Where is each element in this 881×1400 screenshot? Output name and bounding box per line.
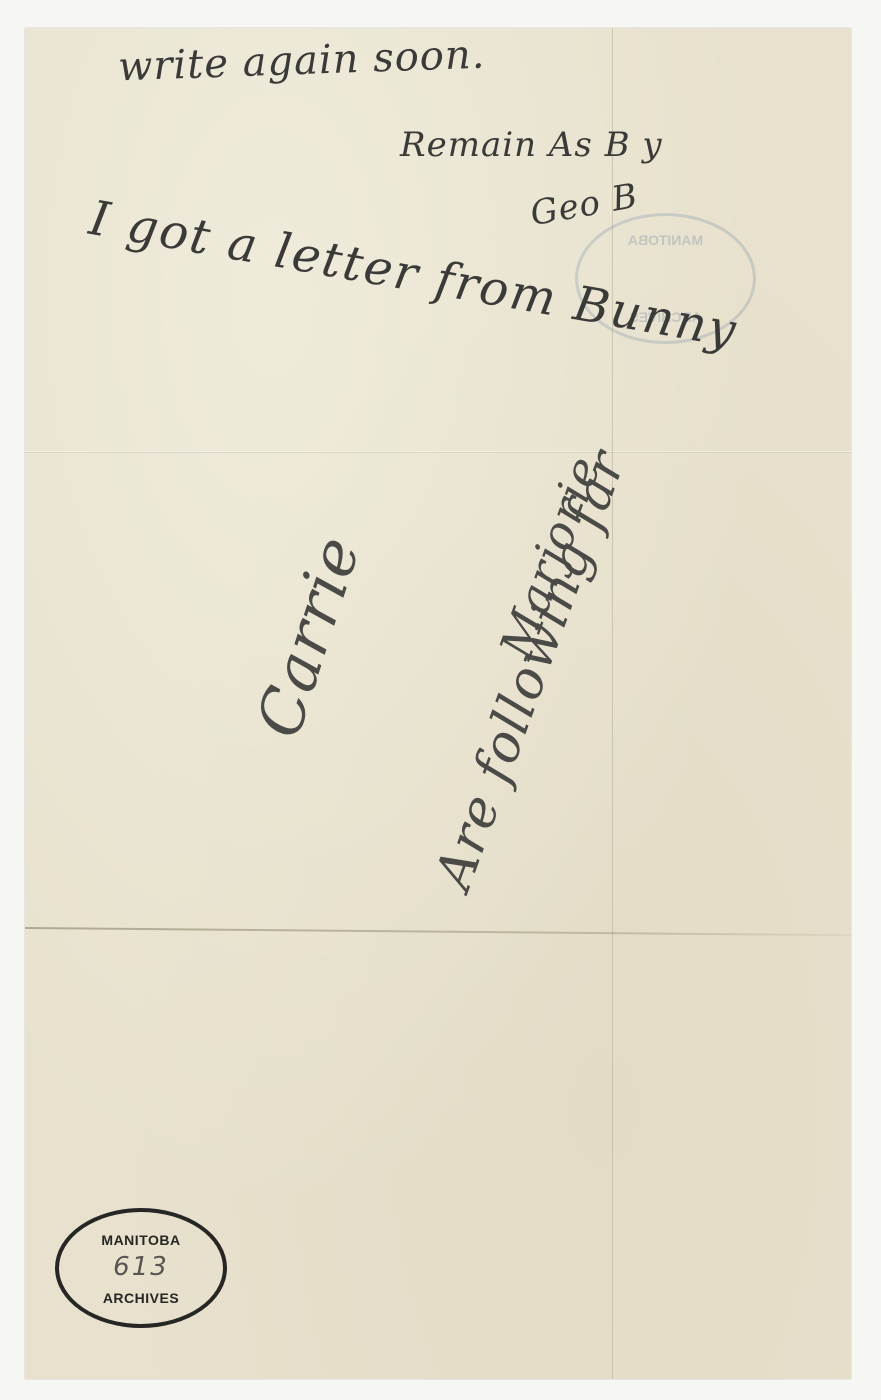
bleed-through-stamp-top: MANITOBA xyxy=(578,232,753,248)
stamp-label-top: MANITOBA xyxy=(59,1232,223,1248)
horizontal-fold-upper xyxy=(25,451,851,453)
stamp-label-bottom: ARCHIVES xyxy=(59,1290,223,1306)
handwritten-line-remain: Remain As B y xyxy=(400,125,663,165)
horizontal-fold-lower xyxy=(25,927,851,936)
stamp-number: 613 xyxy=(59,1252,223,1282)
manitoba-archives-stamp: MANITOBA 613 ARCHIVES xyxy=(55,1208,227,1328)
